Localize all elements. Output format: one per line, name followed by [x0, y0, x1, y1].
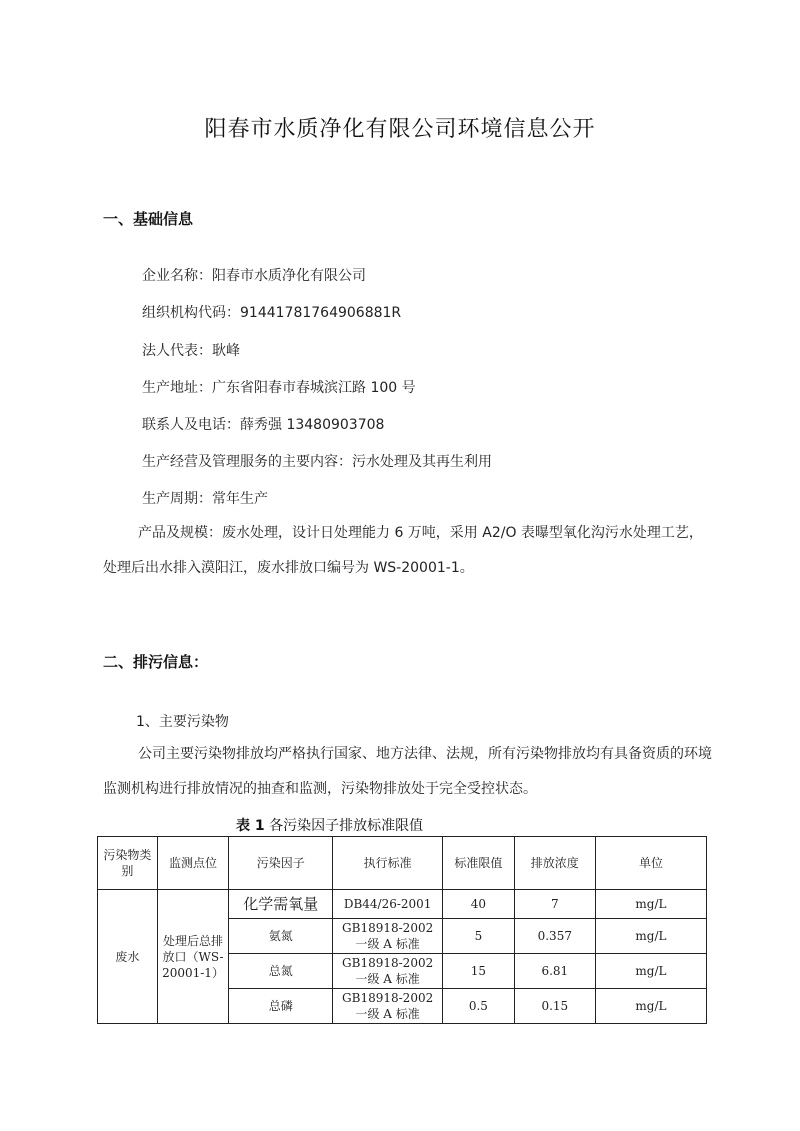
- info-company-name: 企业名称：阳春市水质净化有限公司: [142, 265, 366, 285]
- header-unit: 单位: [595, 837, 706, 890]
- product-scale-paragraph: 产品及规模：废水处理，设计日处理能力 6 万吨，采用 A2/O 表曝型氧化沟污水…: [103, 516, 715, 586]
- cell-factor: 化学需氧量: [229, 890, 333, 919]
- cell-limit: 0.5: [443, 989, 515, 1024]
- table-header-row: 污染物类别 监测点位 污染因子 执行标准 标准限值 排放浓度 单位: [98, 837, 707, 890]
- table-row: 废水 处理后总排放口（WS-20001-1） 化学需氧量 DB44/26-200…: [98, 890, 707, 919]
- cell-limit: 15: [443, 954, 515, 989]
- header-monitoring-point: 监测点位: [157, 837, 229, 890]
- document-title: 阳春市水质净化有限公司环境信息公开: [0, 112, 800, 143]
- cell-unit: mg/L: [595, 890, 706, 919]
- cell-standard: GB18918-2002 一级 A 标准: [333, 954, 443, 989]
- cell-concentration: 0.357: [514, 919, 595, 954]
- section-heading-basic-info: 一、基础信息: [103, 208, 193, 229]
- info-production-cycle: 生产周期：常年生产: [142, 488, 268, 508]
- header-pollutant-category: 污染物类别: [98, 837, 158, 890]
- cell-category: 废水: [98, 890, 158, 1024]
- pollutant-paragraph: 公司主要污染物排放均严格执行国家、地方法律、法规，所有污染物排放均有具备资质的环…: [103, 737, 715, 807]
- cell-unit: mg/L: [595, 989, 706, 1024]
- header-concentration: 排放浓度: [514, 837, 595, 890]
- cell-standard: GB18918-2002 一级 A 标准: [333, 989, 443, 1024]
- cell-standard: DB44/26-2001: [333, 890, 443, 919]
- cell-concentration: 7: [514, 890, 595, 919]
- info-legal-representative: 法人代表：耿峰: [142, 340, 240, 360]
- info-main-business: 生产经营及管理服务的主要内容：污水处理及其再生利用: [142, 451, 492, 471]
- cell-standard: GB18918-2002 一级 A 标准: [333, 919, 443, 954]
- cell-limit: 5: [443, 919, 515, 954]
- document-page: 阳春市水质净化有限公司环境信息公开 一、基础信息 企业名称：阳春市水质净化有限公…: [0, 0, 800, 1131]
- table-caption: 表 1 各污染因子排放标准限值: [236, 815, 423, 835]
- cell-factor: 总磷: [229, 989, 333, 1024]
- table-caption-text: 各污染因子排放标准限值: [265, 818, 423, 834]
- cell-concentration: 0.15: [514, 989, 595, 1024]
- info-contact: 联系人及电话：薛秀强 13480903708: [142, 414, 384, 434]
- cell-unit: mg/L: [595, 919, 706, 954]
- cell-limit: 40: [443, 890, 515, 919]
- emission-standards-table: 污染物类别 监测点位 污染因子 执行标准 标准限值 排放浓度 单位 废水 处理后…: [97, 836, 707, 1024]
- header-limit: 标准限值: [443, 837, 515, 890]
- info-org-code: 组织机构代码：91441781764906881R: [142, 302, 401, 322]
- cell-concentration: 6.81: [514, 954, 595, 989]
- subheading-main-pollutants: 1、主要污染物: [136, 711, 229, 731]
- section-heading-emission-info: 二、排污信息：: [103, 651, 208, 672]
- header-standard: 执行标准: [333, 837, 443, 890]
- table-caption-number: 表 1: [236, 818, 265, 834]
- cell-monitoring-point: 处理后总排放口（WS-20001-1）: [157, 890, 229, 1024]
- cell-unit: mg/L: [595, 954, 706, 989]
- cell-factor: 氨氮: [229, 919, 333, 954]
- cell-factor: 总氮: [229, 954, 333, 989]
- header-pollution-factor: 污染因子: [229, 837, 333, 890]
- info-address: 生产地址：广东省阳春市春城滨江路 100 号: [142, 377, 416, 397]
